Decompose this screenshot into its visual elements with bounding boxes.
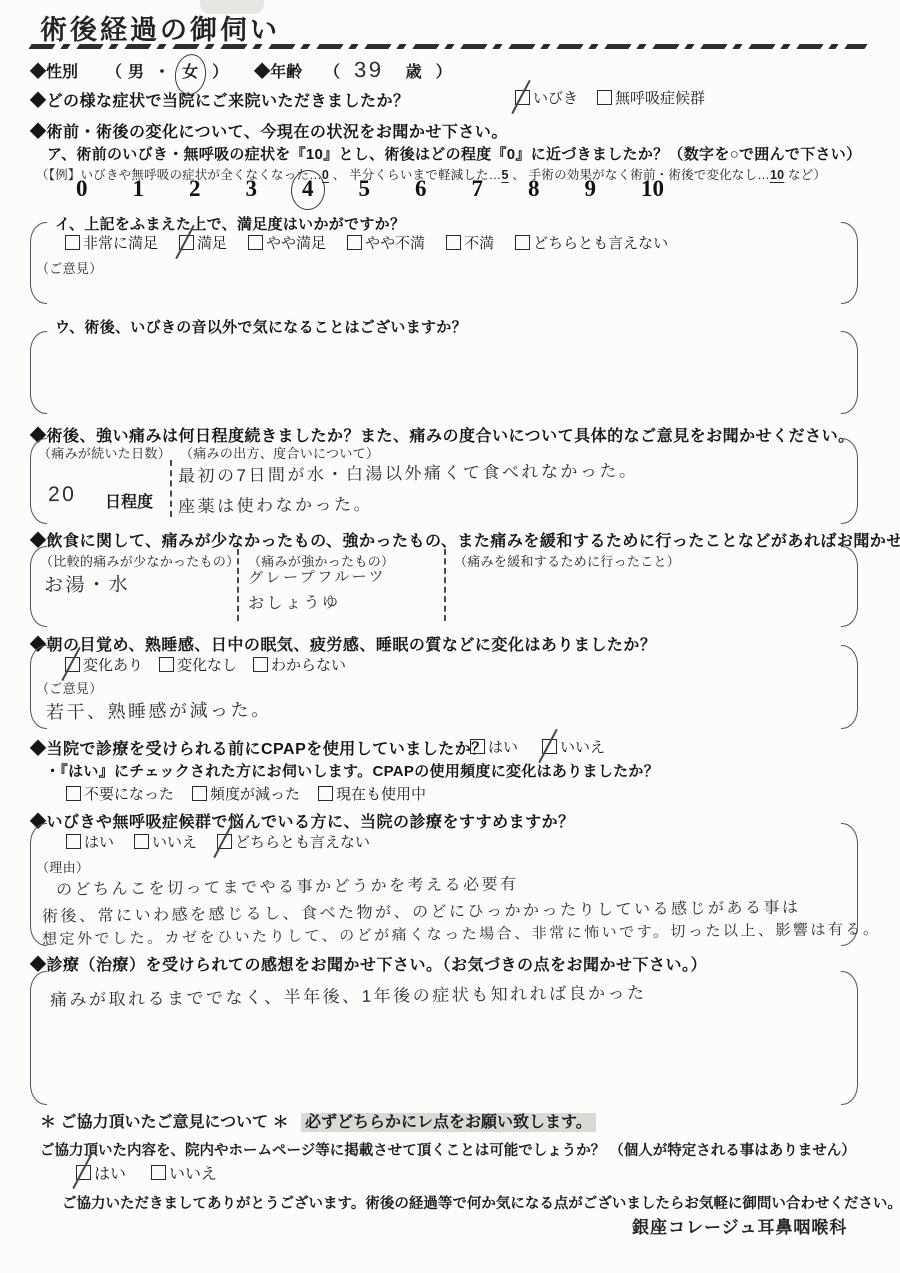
checkbox-cpap-yes[interactable] (470, 739, 485, 754)
sex-option-female[interactable]: 女 (182, 59, 198, 82)
change-heading: ◆術前・術後の変化について、今現在の状況をお聞かせ下さい。 (30, 119, 508, 142)
option-very-satisfied[interactable]: 非常に満足 (65, 232, 158, 253)
questionnaire-sheet: 術後経過の御伺い ◆性別 （ 男 ・ 女 ） ◆年齢 （ 39 歳 ） ◆どの様… (0, 0, 900, 1273)
page-title: 術後経過の御伺い (40, 8, 280, 47)
sleep-heading: ◆朝の目覚め、熟睡感、日中の眠気、疲労感、睡眠の質などに変化はありましたか？ (30, 632, 656, 655)
checkbox-changed[interactable] (65, 657, 80, 672)
option-label: 現在も使用中 (336, 783, 426, 804)
option-label: はい (94, 1161, 126, 1184)
sex-label: ◆性別 (30, 59, 78, 82)
option-still-using[interactable]: 現在も使用中 (318, 783, 426, 804)
change-question-a: ア、術前のいびき・無呼吸の症状を『10』とし、術後はどの程度『0』に近づきました… (47, 143, 861, 164)
consent-question: ご協力頂いた内容を、院内やホームページ等に掲載させて頂くことは可能でしょうか？ … (40, 1139, 856, 1160)
sleep-comment-label: （ご意見） (36, 678, 103, 697)
answer-paren-right (841, 645, 858, 729)
scale-0[interactable]: 0 (74, 176, 90, 202)
scale-10[interactable]: 10 (639, 176, 666, 202)
age-value-handwritten[interactable]: 39 (354, 57, 384, 83)
checkbox-less-frequent[interactable] (192, 786, 207, 801)
cpap-question2: ・『はい』にチェックされた方にお伺いします。CPAPの使用頻度に変化はありました… (45, 760, 659, 781)
food-column-divider-2 (444, 549, 446, 621)
option-recommend-neither[interactable]: どちらとも言えない (217, 831, 370, 852)
consent-options: はい いいえ (76, 1161, 217, 1184)
sex-paren-close: ） (212, 59, 228, 82)
answer-paren-right (841, 222, 858, 304)
age-unit: 歳 (406, 59, 422, 82)
option-label: 頻度が減った (210, 783, 300, 804)
satisfaction-question: イ、上記をふまえた上で、満足度はいかがですか？ (55, 213, 405, 234)
sleep-options: 変化あり 変化なし わからない (65, 654, 346, 675)
scale-8[interactable]: 8 (526, 176, 542, 202)
footer-note-highlight: 必ずどちらかにレ点をお願い致します。 (301, 1113, 596, 1132)
satisfaction-comment-label: （ご意見） (36, 258, 103, 277)
example-num-10: 10 (770, 168, 784, 182)
option-label: 無呼吸症候群 (615, 87, 705, 108)
age-paren-open: （ (324, 59, 340, 82)
option-cpap-yes[interactable]: はい (470, 736, 518, 757)
cpap-q1-options: はい いいえ (470, 736, 605, 757)
option-no-change[interactable]: 変化なし (159, 654, 237, 675)
pain-column-divider (170, 460, 172, 517)
food-less-pain-label: （比較的痛みが少なかったもの） (40, 551, 240, 570)
option-consent-no[interactable]: いいえ (151, 1161, 217, 1184)
option-label: はい (488, 736, 518, 757)
option-label: やや満足 (266, 232, 326, 253)
checkbox-dissatisfied[interactable] (446, 235, 461, 250)
scale-6[interactable]: 6 (413, 176, 429, 202)
food-less-pain-value[interactable]: お湯・水 (44, 569, 130, 597)
checkbox-no-change[interactable] (159, 657, 174, 672)
age-paren-close: ） (436, 59, 452, 82)
sleep-comment[interactable]: 若干、熟睡感が減った。 (46, 696, 272, 725)
option-label: はい (84, 831, 114, 852)
option-neither[interactable]: どちらとも言えない (515, 232, 668, 253)
food-relief-label: （痛みを緩和するために行ったこと） (454, 551, 680, 570)
answer-paren-right (841, 546, 858, 627)
option-label: 満足 (197, 232, 227, 253)
age-label: ◆年齢 (254, 59, 302, 82)
answer-paren-right (841, 331, 858, 414)
option-label: 不要になった (84, 783, 174, 804)
option-satisfied[interactable]: 満足 (179, 232, 227, 253)
option-cpap-no[interactable]: いいえ (542, 736, 605, 757)
option-changed[interactable]: 変化あり (65, 654, 143, 675)
option-label: いいえ (169, 1161, 217, 1184)
option-label: わからない (271, 654, 346, 675)
option-less-frequent[interactable]: 頻度が減った (192, 783, 300, 804)
option-ibiki[interactable]: いびき (515, 87, 578, 108)
symptom-options: いびき 無呼吸症候群 (515, 87, 705, 108)
option-label: 変化なし (177, 654, 237, 675)
impressions-heading: ◆診療（治療）を受けられての感想をお聞かせ下さい。（お気づきの点をお聞かせ下さい… (30, 952, 707, 975)
answer-paren-right (841, 438, 858, 524)
food-more-pain-line1[interactable]: グレープフルーツ (248, 565, 386, 588)
scale-2[interactable]: 2 (187, 176, 203, 202)
option-unknown[interactable]: わからない (253, 654, 346, 675)
checkbox-recommend-no[interactable] (134, 834, 149, 849)
checkbox-mukokyu[interactable] (597, 90, 612, 105)
checkbox-still-using[interactable] (318, 786, 333, 801)
scale-4[interactable]: 4 (300, 176, 316, 202)
footer-note-prefix: ＊ ご協力頂いたご意見について ＊ (40, 1114, 289, 1131)
scale-5[interactable]: 5 (357, 176, 373, 202)
checkbox-consent-no[interactable] (151, 1165, 166, 1180)
option-label: どちらとも言えない (235, 831, 370, 852)
option-dissatisfied[interactable]: 不満 (446, 232, 494, 253)
recommend-heading: ◆いびきや無呼吸症候群で悩んでいる方に、当院の診療をすすめますか？ (30, 809, 575, 832)
checkbox-ibiki[interactable] (515, 90, 530, 105)
option-mukokyu[interactable]: 無呼吸症候群 (597, 87, 705, 108)
answer-paren-left (30, 331, 47, 414)
option-label: 変化あり (83, 654, 143, 675)
title-divider (28, 44, 867, 49)
cpap-question1: ◆当院で診療を受けられる前にCPAPを使用していましたか？ (30, 736, 488, 759)
scale-9[interactable]: 9 (583, 176, 599, 202)
recommend-options: はい いいえ どちらとも言えない (66, 831, 370, 852)
food-more-pain-line2[interactable]: おしょうゆ (248, 589, 341, 613)
symptom-question: ◆どの様な症状で当院にご来院いただきましたか？ (30, 88, 410, 111)
thanks-note: ご協力いただきましてありがとうございます。術後の経過等で何か気になる点がございま… (62, 1192, 900, 1213)
scale-1[interactable]: 1 (131, 176, 147, 202)
pain-days-label: （痛みが続いた日数） (38, 443, 171, 462)
scale-row: 0 1 2 3 4 5 6 7 8 9 10 (74, 176, 666, 202)
checkbox-cpap-no[interactable] (542, 739, 557, 754)
option-somewhat-dissatisfied[interactable]: やや不満 (347, 232, 425, 253)
option-label: どちらとも言えない (533, 232, 668, 253)
option-recommend-no[interactable]: いいえ (134, 831, 197, 852)
profile-row: ◆性別 （ 男 ・ 女 ） ◆年齢 （ 39 歳 ） (30, 57, 452, 83)
sex-paren-open: （ (106, 59, 122, 82)
footer-note: ＊ ご協力頂いたご意見について ＊ 必ずどちらかにレ点をお願い致します。 (40, 1109, 596, 1132)
example-text: など） (784, 168, 826, 182)
option-label: 不満 (464, 232, 494, 253)
checkbox-no-longer-needed[interactable] (66, 786, 81, 801)
checkbox-satisfied[interactable] (179, 235, 194, 250)
concerns-question: ウ、術後、いびきの音以外で気になることはございますか？ (55, 316, 467, 337)
food-heading: ◆飲食に関して、痛みが少なかったもの、強かったもの、また痛みを緩和するために行っ… (30, 528, 900, 551)
checkbox-recommend-neither[interactable] (217, 834, 232, 849)
clinic-name: 銀座コレージュ耳鼻咽喉科 (632, 1213, 847, 1238)
option-no-longer-needed[interactable]: 不要になった (66, 783, 174, 804)
pain-days-unit: 日程度 (105, 489, 153, 512)
sex-separator: ・ (154, 59, 170, 82)
impressions-answer[interactable]: 痛みが取れるまででなく、半年後、1年後の症状も知れれば良かった (50, 978, 647, 1010)
sex-option-male[interactable]: 男 (128, 59, 144, 82)
cpap-q2-options: 不要になった 頻度が減った 現在も使用中 (66, 783, 426, 804)
option-label: いいえ (152, 831, 197, 852)
pain-days-value[interactable]: 20 (48, 483, 77, 507)
scale-7[interactable]: 7 (470, 176, 486, 202)
option-consent-yes[interactable]: はい (76, 1161, 126, 1184)
recommend-reason-line1[interactable]: のどちんこを切ってまでやる事かどうかを考える必要有 (56, 871, 519, 900)
pain-detail-line2[interactable]: 座薬は使わなかった。 (178, 490, 373, 517)
satisfaction-options: 非常に満足 満足 やや満足 やや不満 不満 どちらとも言えない (65, 232, 668, 253)
pain-detail-line1[interactable]: 最初の7日間が水・白湯以外痛くて食べれなかった。 (178, 456, 639, 487)
option-label: やや不満 (365, 232, 425, 253)
checkbox-neither[interactable] (515, 235, 530, 250)
option-label: 非常に満足 (83, 232, 158, 253)
option-somewhat-satisfied[interactable]: やや満足 (248, 232, 326, 253)
checkbox-unknown[interactable] (253, 657, 268, 672)
option-label: いびき (533, 87, 578, 108)
checkbox-recommend-yes[interactable] (66, 834, 81, 849)
answer-paren-right (841, 971, 858, 1105)
scale-3[interactable]: 3 (244, 176, 260, 202)
checkbox-somewhat-dissatisfied[interactable] (347, 235, 362, 250)
option-recommend-yes[interactable]: はい (66, 831, 114, 852)
checkbox-consent-yes[interactable] (76, 1165, 91, 1180)
recommend-reason-label: （理由） (36, 857, 89, 876)
option-label: いいえ (560, 736, 605, 757)
checkbox-somewhat-satisfied[interactable] (248, 235, 263, 250)
answer-paren-left (30, 971, 47, 1105)
checkbox-very-satisfied[interactable] (65, 235, 80, 250)
